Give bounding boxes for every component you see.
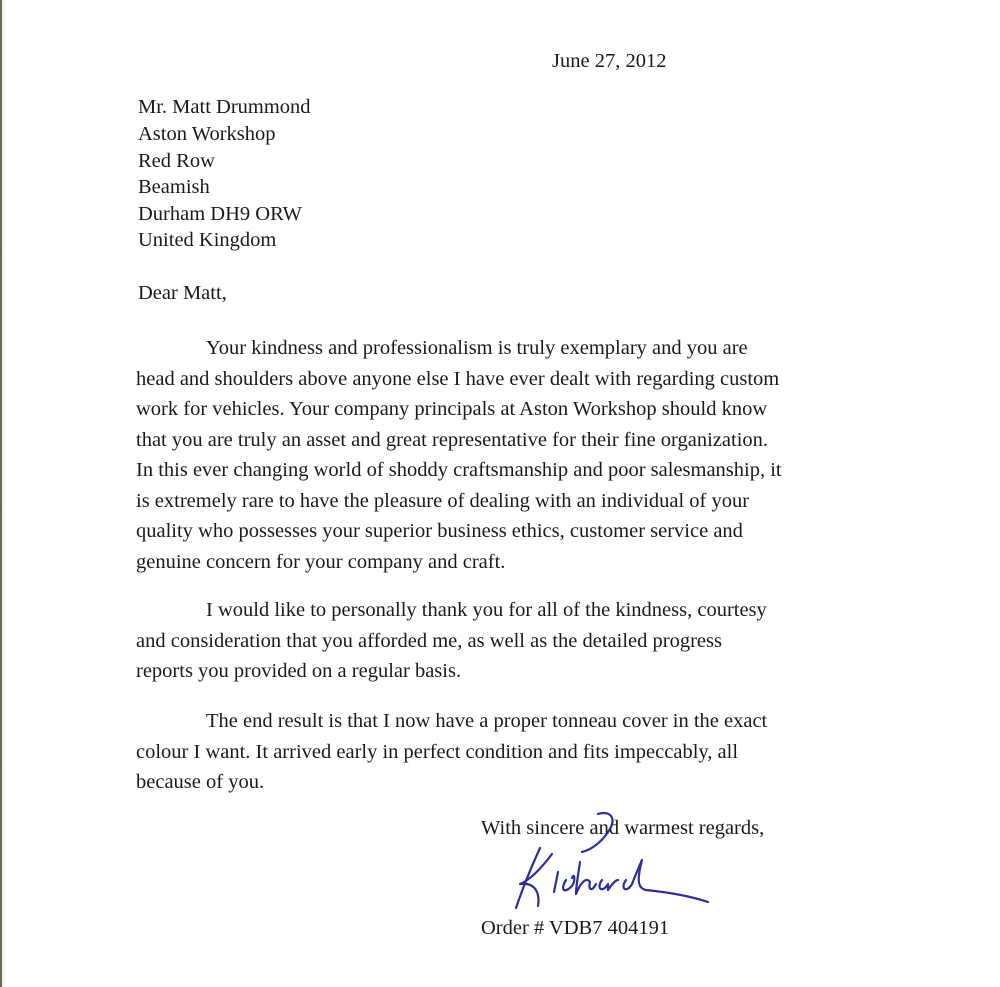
recipient-name: Mr. Matt Drummond — [138, 97, 311, 118]
paragraph-line: that you are truly an asset and great re… — [136, 425, 836, 456]
paragraph-line: head and shoulders above anyone else I h… — [136, 364, 836, 395]
letter-date: June 27, 2012 — [552, 51, 666, 72]
paragraph-line: The end result is that I now have a prop… — [136, 706, 836, 737]
paragraph-2: I would like to personally thank you for… — [136, 595, 836, 687]
paragraph-line: In this ever changing world of shoddy cr… — [136, 455, 836, 486]
handwritten-signature — [480, 810, 720, 920]
paragraph-line: genuine concern for your company and cra… — [136, 547, 836, 578]
recipient-company: Aston Workshop — [138, 124, 276, 145]
paragraph-line: Your kindness and professionalism is tru… — [136, 333, 836, 364]
recipient-country: United Kingdom — [138, 230, 276, 251]
paragraph-line: reports you provided on a regular basis. — [136, 656, 836, 687]
paragraph-line: is extremely rare to have the pleasure o… — [136, 486, 836, 517]
order-number: Order # VDB7 404191 — [481, 918, 669, 939]
paragraph-line: quality who possesses your superior busi… — [136, 516, 836, 547]
recipient-town: Beamish — [138, 177, 210, 198]
paragraph-line: because of you. — [136, 767, 836, 798]
recipient-county-postcode: Durham DH9 ORW — [138, 204, 302, 225]
recipient-street: Red Row — [138, 151, 215, 172]
paragraph-line: work for vehicles. Your company principa… — [136, 394, 836, 425]
paragraph-3: The end result is that I now have a prop… — [136, 706, 836, 798]
salutation: Dear Matt, — [138, 283, 227, 304]
paragraph-line: and consideration that you afforded me, … — [136, 626, 836, 657]
paragraph-1: Your kindness and professionalism is tru… — [136, 333, 836, 577]
paragraph-line: colour I want. It arrived early in perfe… — [136, 737, 836, 768]
paragraph-line: I would like to personally thank you for… — [136, 595, 836, 626]
scan-edge-tint — [2, 0, 7, 987]
